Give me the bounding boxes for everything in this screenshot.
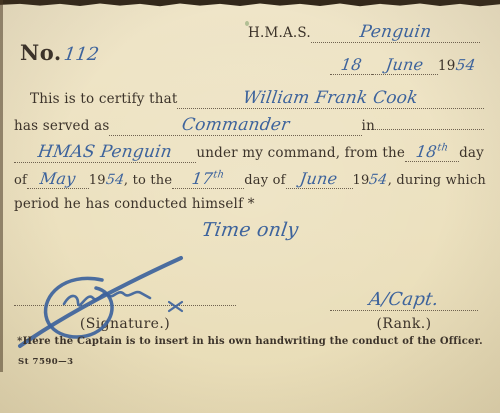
command-ship-field: HMAS Penguin [14,142,196,163]
from-month-field: May [27,169,89,189]
from-day-handwritten: 18th [415,142,449,161]
form-number: St 7590—3 [18,357,74,367]
date-month-handwritten: June [385,55,425,74]
in-text: in [362,118,375,134]
in-blank-field [375,125,484,130]
date-day-handwritten: 18 [339,55,362,74]
number-value-handwritten: 112 [62,44,100,65]
rank-line: A/Capt. [330,289,478,313]
during-which-text: , during which [388,173,486,188]
certify-text: This is to certify that [30,91,177,107]
conduct-remark: Time only [150,219,350,241]
day-of-text: day of [244,173,285,188]
served-rank-field: Commander [109,115,361,136]
day-text: day [459,145,484,161]
certify-line: This is to certify that William Frank Co… [30,88,484,109]
conduct-remark-handwritten: Time only [200,219,299,241]
date-day-field: 18 [330,55,372,75]
from-month-handwritten: May [39,169,77,188]
officer-name-field: William Frank Cook [177,88,484,109]
conduct-line: period he has conducted himself * [14,196,255,212]
header-ship-line: H.M.A.S. Penguin [248,22,480,43]
from-day-field: 18th [405,142,459,162]
command-ship-handwritten: HMAS Penguin [37,142,174,162]
scan-edge-shadow [0,0,3,372]
date-year-handwritten: 54 [454,56,476,74]
date-month-field: June [372,55,438,75]
to-month-handwritten: June [299,169,339,188]
footnote: *Here the Captain is to insert in his ow… [0,336,500,347]
of-text: of [14,173,27,188]
officer-name-handwritten: William Frank Cook [242,88,419,108]
served-rank-handwritten: Commander [180,115,290,135]
header-date-line: 18 June 19 54 [330,55,475,75]
rank-handwritten: A/Capt. [368,289,440,310]
conduct-text: period he has conducted himself * [14,196,255,212]
to-month-field: June [286,169,353,189]
dates-line: of May 19 54 , to the 17th day of June 1… [14,169,486,189]
to-century-printed: 19 [353,173,370,188]
from-century-printed: 19 [89,173,106,188]
to-day-handwritten: 17th [191,169,225,188]
from-year-handwritten: 54 [105,172,125,188]
torn-paper-edge [0,0,500,7]
under-command-text: under my command, from the [196,145,405,161]
certificate-number: No. 112 [20,40,99,65]
to-the-text: , to the [124,173,172,188]
to-day-field: 17th [172,169,244,189]
date-century-printed: 19 [438,58,456,74]
ship-name-handwritten: Penguin [358,22,432,42]
number-label: No. [20,40,62,65]
to-year-handwritten: 54 [368,172,388,188]
ship-prefix-label: H.M.A.S. [248,25,311,41]
served-as-text: has served as [14,118,109,134]
rank-field: A/Capt. [330,289,478,311]
served-as-line: has served as Commander in [14,115,484,136]
command-line: HMAS Penguin under my command, from the … [14,142,484,163]
ship-name-field: Penguin [311,22,480,43]
rank-label: (Rank.) [330,316,478,332]
